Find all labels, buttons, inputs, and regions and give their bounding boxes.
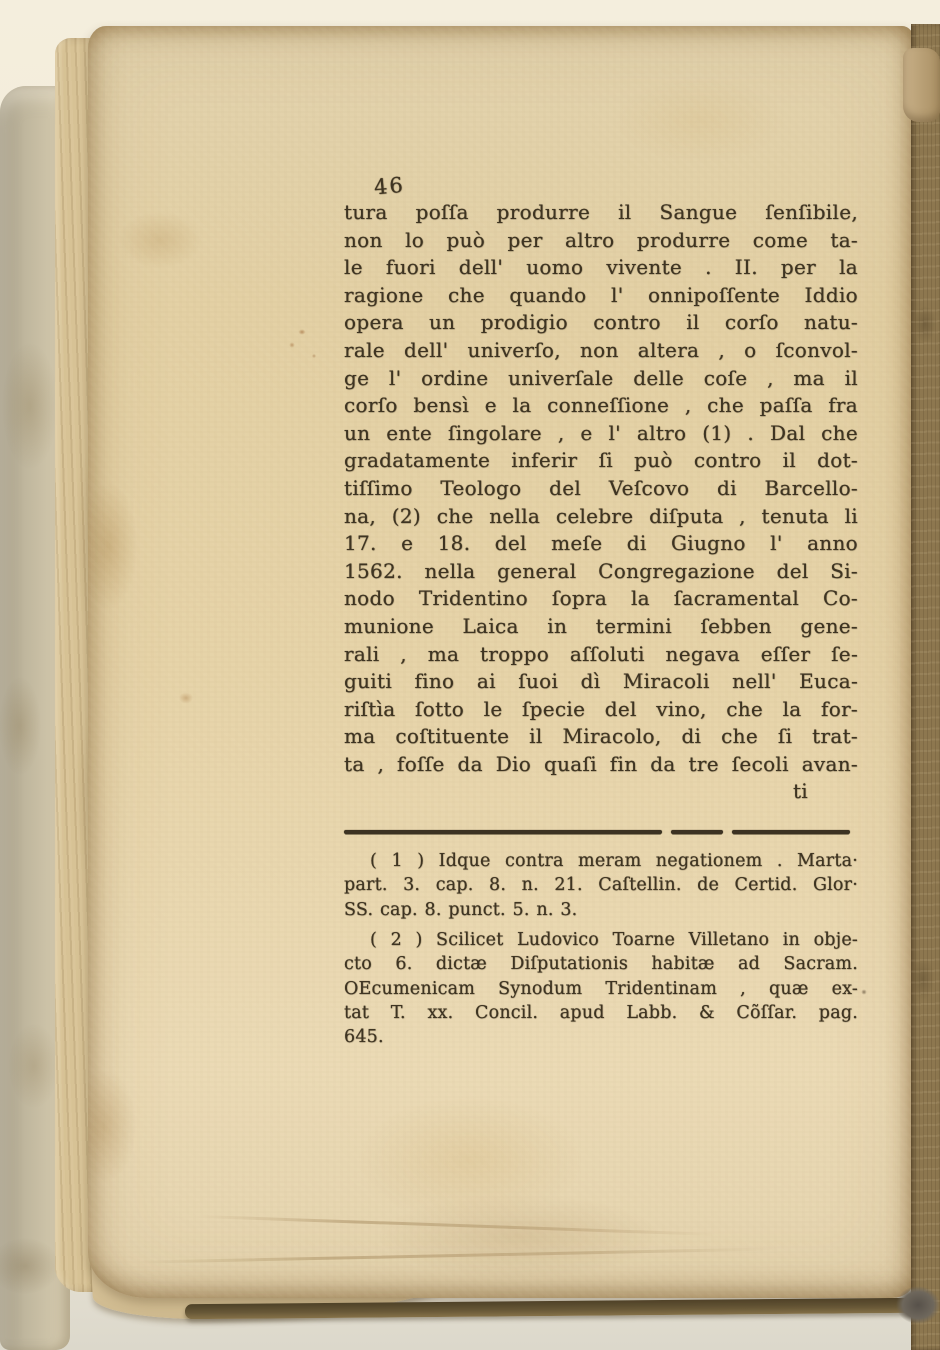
text-line: rale dell' univerſo, non altera , o ſcon… [344,337,858,365]
text-line: un ente ſingolare , e l' altro (1) . Dal… [344,420,858,448]
binding-shadow-blob [896,1286,940,1324]
rule-segment [671,830,723,834]
page-number: 46 [373,173,406,200]
text-line: opera un prodigio contro il corſo natu- [344,309,858,337]
text-line: 645. [344,1025,858,1049]
rule-segment [344,830,662,834]
footnote-separator-rule [344,830,858,834]
spine-top-knob [903,48,940,122]
text-line: SS. cap. 8. punct. 5. n. 3. [344,898,858,922]
rule-segment [732,830,850,834]
text-line: part. 3. cap. 8. n. 21. Caſtellin. de Ce… [344,873,858,897]
text-line: tat T. xx. Concil. apud Labb. & Cõſſar. … [344,1001,858,1025]
text-line: ge l' ordine univerſale delle coſe , ma … [344,365,858,393]
text-line: OEcumenicam Synodum Tridentinam , quæ ex… [344,977,858,1001]
book-spine-edge [911,24,940,1350]
book-page: 46 tura poſſa produrre il Sangue ſenſibi… [88,26,914,1298]
text-line: munione Laica in termini ſebben gene- [344,613,858,641]
text-line: 1562. nella general Congregazione del Si… [344,558,858,586]
text-line: 17. e 18. del meſe di Giugno l' anno [344,530,858,558]
text-line: cto 6. dictæ Diſputationis habitæ ad Sac… [344,952,858,976]
text-line: ragione che quando l' onnipoſſente Iddio [344,282,858,310]
text-line: riſtìa ſotto le ſpecie del vino, che la … [344,696,858,724]
footnote-1: ( 1 ) Idque contra meram negationem . Ma… [344,849,858,922]
text-line: gradatamente inferir ſi può contro il do… [344,447,858,475]
text-line: nodo Tridentino ſopra la ſacramental Co- [344,585,858,613]
text-line: na, (2) che nella celebre diſputa , tenu… [344,503,858,531]
text-line: corſo bensì e la conneſſione , che paſſa… [344,392,858,420]
text-line: ta , foſſe da Dio quaſi fin da tre ſecol… [344,751,858,779]
text-line: tiſſimo Teologo del Veſcovo di Barcello- [344,475,858,503]
main-text: tura poſſa produrre il Sangue ſenſibile,… [344,199,858,778]
text-line: ( 1 ) Idque contra meram negationem . Ma… [344,849,858,873]
spine-fiber-texture [911,24,940,1350]
text-line: le fuori dell' uomo vivente . II. per la [344,254,858,282]
paper-wrinkle [198,1215,718,1236]
text-line: ( 2 ) Scilicet Ludovico Toarne Villetano… [344,928,858,952]
text-line: ma coſtituente il Miracolo, di che ſi tr… [344,723,858,751]
footnote-2: ( 2 ) Scilicet Ludovico Toarne Villetano… [344,928,858,1049]
book-scan: { "page_number": "46", "catchword": "ti"… [0,0,940,1350]
text-block: tura poſſa produrre il Sangue ſenſibile,… [344,199,858,1049]
text-line: guiti fino ai ſuoi dì Miracoli nell' Euc… [344,668,858,696]
catchword: ti [344,778,858,806]
text-line: rali , ma troppo aſſoluti negava eſſer ſ… [344,641,858,669]
paper-wrinkle [138,1247,778,1263]
text-line: non lo può per altro produrre come ta- [344,227,858,255]
text-line: tura poſſa produrre il Sangue ſenſibile, [344,199,858,227]
